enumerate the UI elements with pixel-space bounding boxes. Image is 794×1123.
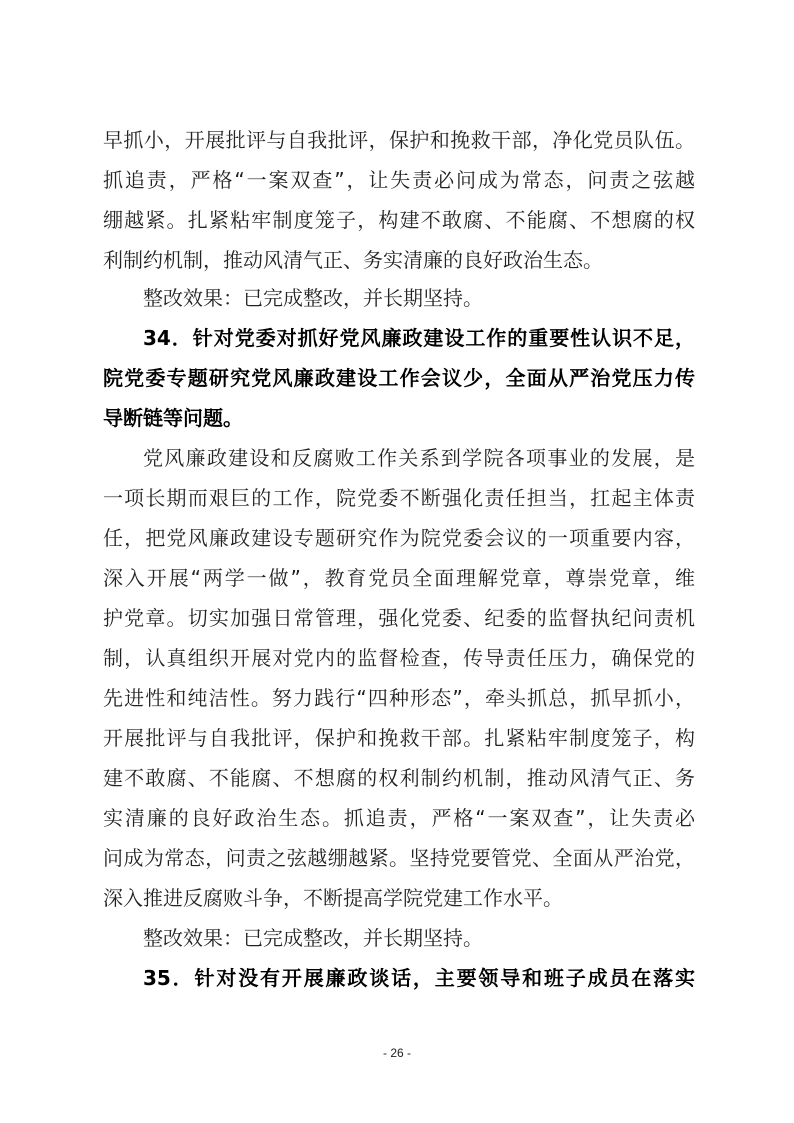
item-heading-34-cont: 院党委专题研究党风廉政建设工作会议少，全面从严治党压力传: [103, 363, 695, 393]
body-text-line: 抓追责，严格“一案双查”，让失责必问成为常态，问责之弦越: [103, 165, 695, 195]
body-text-line: 任，把党风廉政建设专题研究作为院党委会议的一项重要内容，: [103, 523, 695, 553]
body-text-line: 绷越紧。扎紧粘牢制度笼子，构建不敢腐、不能腐、不想腐的权: [103, 205, 695, 235]
body-text-line: 制，认真组织开展对党内的监督检查，传导责任压力，确保党的: [103, 643, 695, 673]
body-text-line: 建不敢腐、不能腐、不想腐的权利制约机制，推动风清气正、务: [103, 763, 695, 793]
body-text-line: 护党章。切实加强日常管理，强化党委、纪委的监督执纪问责机: [103, 603, 695, 633]
page-number: - 26 -: [0, 1046, 794, 1060]
body-text-line: 一项长期而艰巨的工作，院党委不断强化责任担当，扛起主体责: [103, 483, 695, 513]
item-heading-35: 35．针对没有开展廉政谈话，主要领导和班子成员在落实: [143, 963, 695, 993]
rectification-result: 整改效果：已完成整改，并长期坚持。: [143, 923, 695, 953]
rectification-result: 整改效果：已完成整改，并长期坚持。: [143, 283, 695, 313]
body-text-line: 开展批评与自我批评，保护和挽救干部。扎紧粘牢制度笼子，构: [103, 723, 695, 753]
body-text-line: 实清廉的良好政治生态。抓追责，严格“一案双查”，让失责必: [103, 803, 695, 833]
body-text-line: 问成为常态，问责之弦越绷越紧。坚持党要管党、全面从严治党，: [103, 843, 695, 873]
item-heading-34-cont: 导断链等问题。: [103, 403, 695, 433]
item-heading-34: 34．针对党委对抓好党风廉政建设工作的重要性认识不足，: [143, 323, 695, 353]
body-text-line: 深入推进反腐败斗争，不断提高学院党建工作水平。: [103, 883, 695, 913]
body-text-line: 先进性和纯洁性。努力践行“四种形态”，牵头抓总，抓早抓小，: [103, 683, 695, 713]
document-page: 早抓小，开展批评与自我批评，保护和挽救干部，净化党员队伍。 抓追责，严格“一案双…: [0, 0, 794, 1123]
body-text-line: 早抓小，开展批评与自我批评，保护和挽救干部，净化党员队伍。: [103, 125, 695, 155]
body-text-line: 深入开展“两学一做”，教育党员全面理解党章，尊崇党章，维: [103, 563, 695, 593]
body-text-line: 党风廉政建设和反腐败工作关系到学院各项事业的发展，是: [143, 443, 695, 473]
body-text-line: 利制约机制，推动风清气正、务实清廉的良好政治生态。: [103, 245, 695, 275]
